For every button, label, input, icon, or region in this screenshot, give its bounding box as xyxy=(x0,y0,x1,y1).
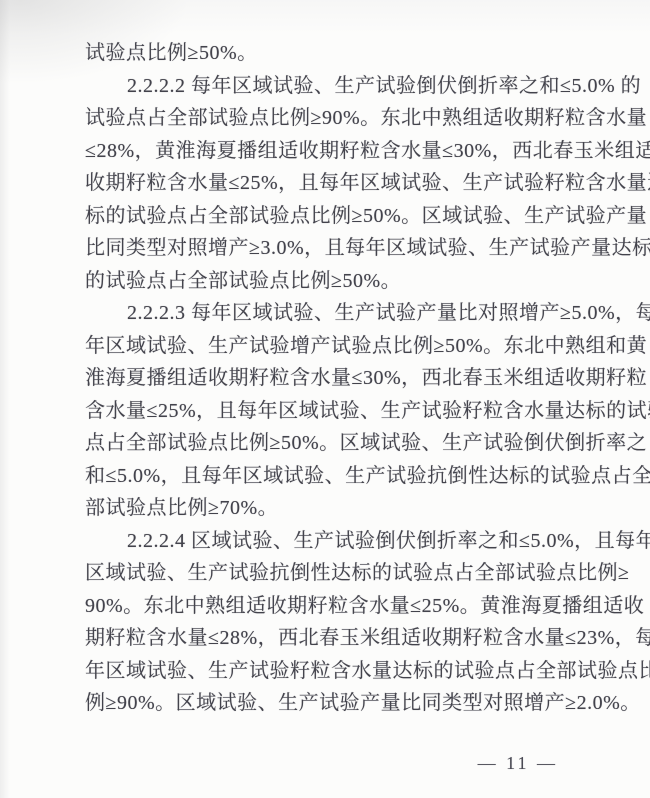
page-number: — 11 — xyxy=(478,752,558,774)
text-line: 点占全部试验点比例≥50%。区域试验、生产试验倒伏倒折率之 xyxy=(85,427,583,460)
text-line: 2.2.2.2 每年区域试验、生产试验倒伏倒折率之和≤5.0% 的 xyxy=(85,70,583,103)
text-line: 含水量≤25%，且每年区域试验、生产试验籽粒含水量达标的试验 xyxy=(85,395,583,428)
text-line: 淮海夏播组适收期籽粒含水量≤30%，西北春玉米组适收期籽粒 xyxy=(85,362,583,395)
text-line: 期籽粒含水量≤28%，西北春玉米组适收期籽粒含水量≤23%，每 xyxy=(85,622,583,655)
text-line: 比同类型对照增产≥3.0%，且每年区域试验、生产试验产量达标 xyxy=(85,232,583,265)
text-line: 区域试验、生产试验抗倒性达标的试验点占全部试验点比例≥ xyxy=(85,557,583,590)
text-line: 2.2.2.3 每年区域试验、生产试验产量比对照增产≥5.0%，每 xyxy=(85,297,583,330)
text-line: 收期籽粒含水量≤25%，且每年区域试验、生产试验籽粒含水量达 xyxy=(85,167,583,200)
text-line: 年区域试验、生产试验增产试验点比例≥50%。东北中熟组和黄 xyxy=(85,330,583,363)
text-line: 试验点占全部试验点比例≥90%。东北中熟组适收期籽粒含水量 xyxy=(85,102,583,135)
text-line: ≤28%，黄淮海夏播组适收期籽粒含水量≤30%，西北春玉米组适 xyxy=(85,135,583,168)
body-text: 试验点比例≥50%。 2.2.2.2 每年区域试验、生产试验倒伏倒折率之和≤5.… xyxy=(85,37,583,720)
text-line: 试验点比例≥50%。 xyxy=(85,37,583,70)
text-line: 2.2.2.4 区域试验、生产试验倒伏倒折率之和≤5.0%，且每年 xyxy=(85,525,583,558)
text-line: 部试验点比例≥70%。 xyxy=(85,492,583,525)
text-line: 的试验点占全部试验点比例≥50%。 xyxy=(85,265,583,298)
text-line: 90%。东北中熟组适收期籽粒含水量≤25%。黄淮海夏播组适收 xyxy=(85,590,583,623)
text-line: 年区域试验、生产试验籽粒含水量达标的试验点占全部试验点比 xyxy=(85,655,583,688)
text-line: 和≤5.0%，且每年区域试验、生产试验抗倒性达标的试验点占全 xyxy=(85,460,583,493)
document-page: 试验点比例≥50%。 2.2.2.2 每年区域试验、生产试验倒伏倒折率之和≤5.… xyxy=(0,0,650,798)
text-line: 例≥90%。区域试验、生产试验产量比同类型对照增产≥2.0%。 xyxy=(85,687,583,720)
text-line: 标的试验点占全部试验点比例≥50%。区域试验、生产试验产量 xyxy=(85,200,583,233)
